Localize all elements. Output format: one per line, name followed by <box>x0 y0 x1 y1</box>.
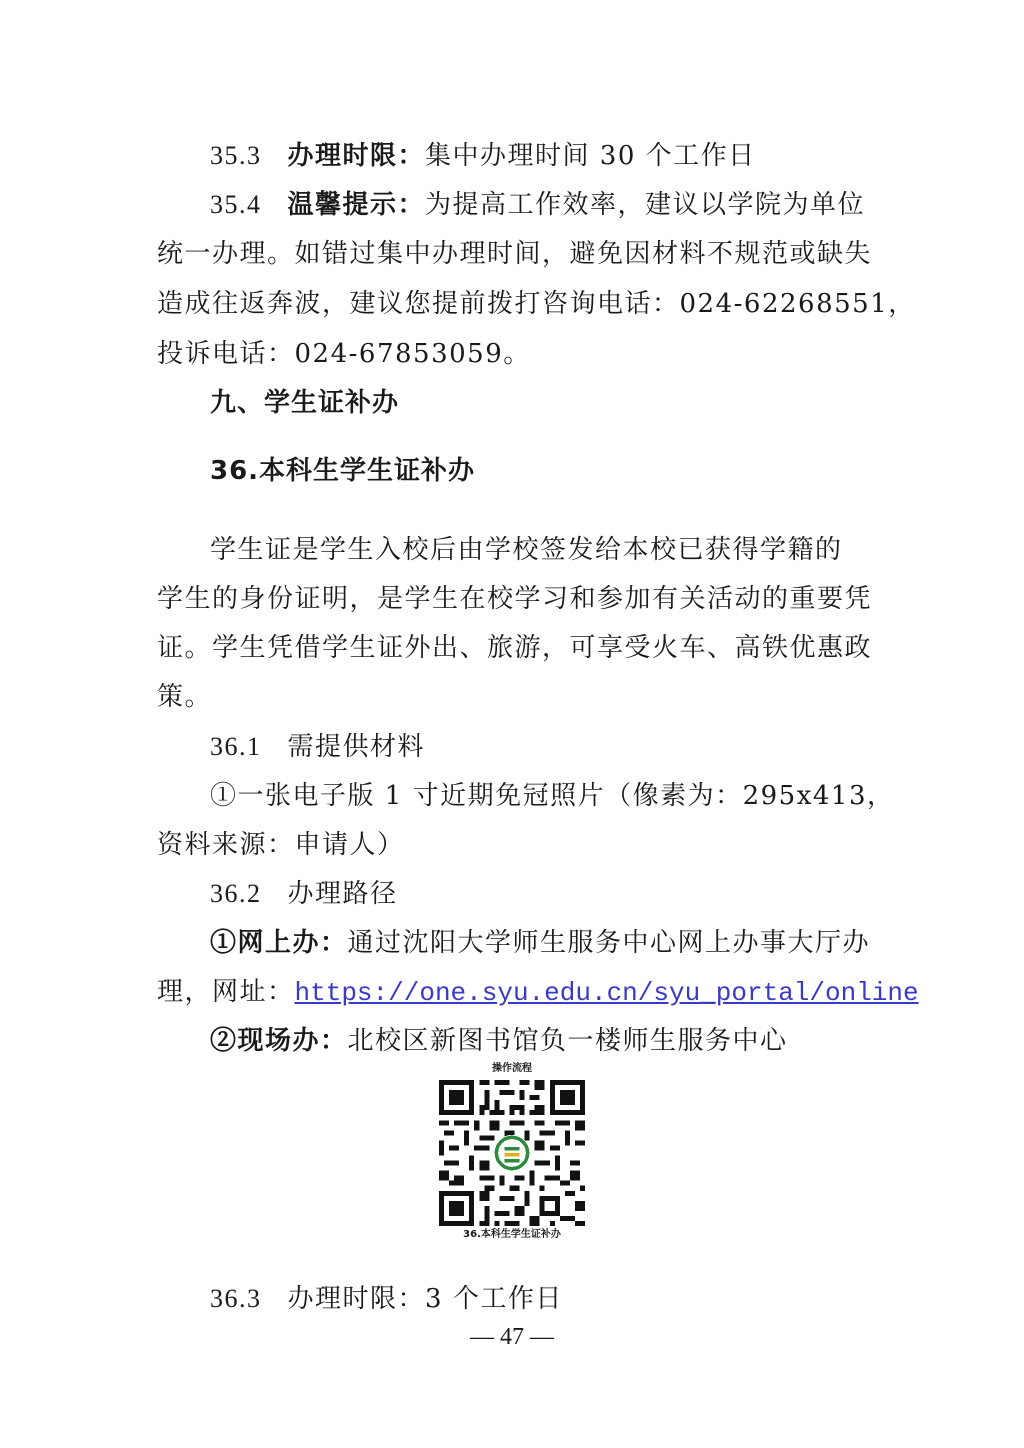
paragraph-line: 造成往返奔波，建议您提前拨打咨询电话：024-62268551， <box>157 287 869 321</box>
qr-title: 操作流程 <box>436 1062 588 1076</box>
item-number: 36.3 <box>210 1282 262 1316</box>
item-35-4: 35.4温馨提示：为提高工作效率，建议以学院为单位 <box>210 188 922 222</box>
online-route: ①网上办：通过沈阳大学师生服务中心网上办事大厅办 <box>210 926 922 960</box>
portal-link[interactable]: https://one.syu.edu.cn/syu_portal/online <box>295 978 919 1008</box>
paragraph-line: 投诉电话：024-67853059。 <box>157 337 869 371</box>
qr-code-icon[interactable] <box>439 1080 585 1226</box>
item-36-3: 36.3办理时限：3 个工作日 <box>210 1282 922 1316</box>
section-heading: 36.本科生学生证补办 <box>210 454 922 488</box>
paragraph-line: 统一办理。如错过集中办理时间，避免因材料不规范或缺失 <box>157 237 869 271</box>
paragraph-line: 学生的身份证明，是学生在校学习和参加有关活动的重要凭 <box>157 582 869 616</box>
online-route-url-line: 理，网址：https://one.syu.edu.cn/syu_portal/o… <box>157 975 869 1010</box>
paragraph-line: 策。 <box>157 680 869 714</box>
document-page: 35.3办理时限：集中办理时间 30 个工作日 35.4温馨提示：为提高工作效率… <box>0 0 1024 1448</box>
item-label: 办理时限： <box>288 1284 426 1314</box>
item-number: 35.4 <box>210 188 262 222</box>
onsite-route: ②现场办：北校区新图书馆负一楼师生服务中心 <box>210 1024 922 1058</box>
item-label: 办理路径 <box>288 879 398 909</box>
item-label: 温馨提示： <box>288 190 426 220</box>
material-line: 资料来源：申请人） <box>157 828 869 862</box>
qr-block: 操作流程 <box>436 1062 588 1242</box>
online-text: 通过沈阳大学师生服务中心网上办事大厅办 <box>348 928 871 958</box>
url-prefix: 理，网址： <box>157 977 295 1007</box>
item-label: 办理时限： <box>288 141 426 171</box>
item-text: 为提高工作效率，建议以学院为单位 <box>425 190 865 220</box>
item-label: 需提供材料 <box>288 732 426 762</box>
chapter-heading: 九、学生证补办 <box>210 386 922 420</box>
material-line: ①一张电子版 1 寸近期免冠照片（像素为：295x413， <box>210 779 922 813</box>
page-number: — 47 — <box>0 1324 1024 1351</box>
onsite-label: ②现场办： <box>210 1026 348 1056</box>
item-number: 36.2 <box>210 877 262 911</box>
item-number: 35.3 <box>210 139 262 173</box>
onsite-text: 北校区新图书馆负一楼师生服务中心 <box>348 1026 788 1056</box>
qr-caption: 36.本科生学生证补办 <box>436 1228 588 1242</box>
online-label: ①网上办： <box>210 928 348 958</box>
item-36-2: 36.2办理路径 <box>210 877 922 911</box>
paragraph-line: 学生证是学生入校后由学校签发给本校已获得学籍的 <box>210 533 922 567</box>
item-number: 36.1 <box>210 730 262 764</box>
item-35-3: 35.3办理时限：集中办理时间 30 个工作日 <box>210 139 922 173</box>
item-text: 集中办理时间 30 个工作日 <box>425 141 756 171</box>
item-36-1: 36.1需提供材料 <box>210 730 922 764</box>
item-text: 3 个工作日 <box>425 1284 563 1314</box>
paragraph-line: 证。学生凭借学生证外出、旅游，可享受火车、高铁优惠政 <box>157 631 869 665</box>
